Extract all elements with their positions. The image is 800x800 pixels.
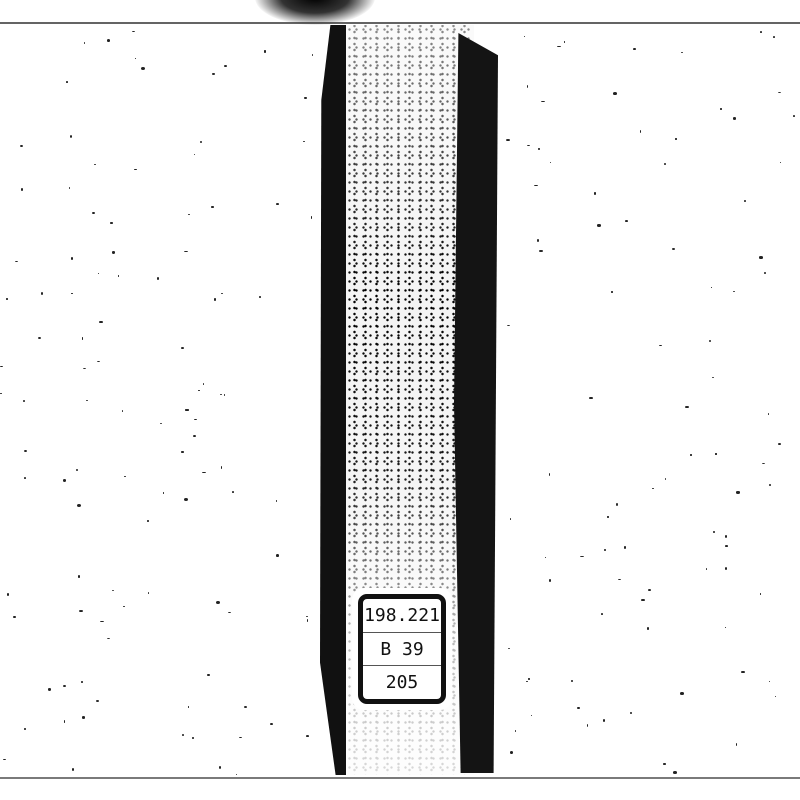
call-number-label: 198.221 B 39 205 [352, 588, 452, 710]
spine-left-edge [320, 25, 346, 775]
spine-right-edge [454, 33, 498, 773]
call-number-class: 198.221 [363, 599, 441, 633]
scan-scene: 198.221 B 39 205 [0, 0, 800, 800]
call-number-cutter: B 39 [363, 633, 441, 667]
bottom-edge [0, 777, 800, 779]
call-number-item: 205 [363, 666, 441, 699]
top-edge [0, 22, 800, 24]
